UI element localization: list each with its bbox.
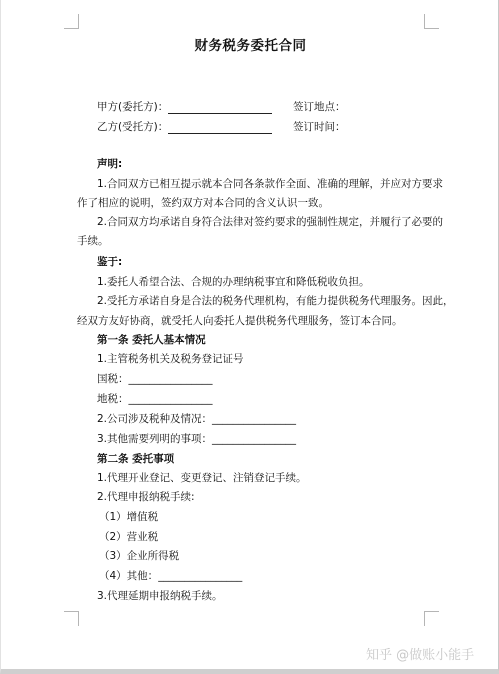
- margin-corner-mark: [424, 14, 439, 29]
- tax-types-row: 2.公司涉及税种及情况：________________: [97, 412, 296, 426]
- sign-place-label: 签订地点：: [293, 100, 346, 114]
- article-2-item-3: 3.代理延期申报纳税手续。: [97, 589, 223, 603]
- party-b-blank[interactable]: [168, 133, 272, 134]
- article-2-sub-3: （3）企业所得税: [99, 549, 179, 563]
- tax-types-label: 2.公司涉及税种及情况：: [97, 413, 212, 425]
- article-2-sub-1: （1）增值税: [99, 510, 158, 524]
- article-1-heading: 第一条 委托人基本情况: [97, 333, 206, 347]
- party-a-blank[interactable]: [168, 113, 272, 114]
- article-2-heading: 第二条 委托事项: [97, 452, 174, 466]
- other-tax-blank[interactable]: ________________: [158, 569, 242, 583]
- article-2-item-1: 1.代理开业登记、变更登记、注销登记手续。: [97, 471, 307, 485]
- whereas-item-1: 1.委托人希望合法、合规的办理纳税事宜和降低税收负担。: [97, 275, 370, 289]
- other-tax-label: （4）其他：: [99, 570, 158, 582]
- document-title: 财务税务委托合同: [1, 34, 499, 54]
- other-matters-label: 3.其他需要列明的事项：: [97, 433, 212, 445]
- local-tax-row: 地税：________________: [97, 392, 213, 406]
- national-tax-label: 国税：: [97, 373, 129, 385]
- article-2-sub-4-row: （4）其他：________________: [99, 569, 242, 583]
- national-tax-blank[interactable]: ________________: [129, 372, 213, 386]
- article-2-sub-2: （2）营业税: [99, 530, 158, 544]
- other-matters-row: 3.其他需要列明的事项：________________: [97, 432, 296, 446]
- national-tax-row: 国税：________________: [97, 372, 213, 386]
- margin-corner-mark: [424, 611, 439, 626]
- declaration-heading: 声明:: [97, 157, 122, 171]
- article-1-item-1: 1.主管税务机关及税务登记证号: [97, 352, 244, 366]
- watermark: 知乎 @做账小能手: [366, 644, 474, 663]
- party-b-label: 乙方(受托方)：: [97, 120, 168, 134]
- declaration-item-1-line-2: 作了相应的说明，签约双方对本合同的含义认识一致。: [77, 196, 329, 210]
- declaration-item-2-line-1: 2.合同双方均承诺自身符合法律对签约要求的强制性规定，并履行了必要的: [97, 215, 443, 229]
- sign-time-label: 签订时间：: [293, 120, 346, 134]
- local-tax-label: 地税：: [97, 393, 129, 405]
- tax-types-blank[interactable]: ________________: [212, 412, 296, 426]
- whereas-item-2-line-1: 2.受托方承诺自身是合法的税务代理机构，有能力提供税务代理服务。因此，: [97, 294, 454, 308]
- other-matters-blank[interactable]: ________________: [212, 432, 296, 446]
- declaration-item-1-line-1: 1.合同双方已相互提示就本合同各条款作全面、准确的理解，并应对方要求: [97, 177, 443, 191]
- article-2-item-2: 2.代理申报纳税手续:: [97, 490, 195, 504]
- declaration-item-2-line-2: 手续。: [77, 234, 109, 248]
- local-tax-blank[interactable]: ________________: [129, 392, 213, 406]
- party-a-label: 甲方(委托方)：: [97, 100, 168, 114]
- whereas-heading: 鉴于:: [97, 255, 122, 269]
- margin-corner-mark: [64, 14, 79, 29]
- margin-corner-mark: [64, 611, 79, 626]
- whereas-item-2-line-2: 经双方友好协商，就受托人向委托人提供税务代理服务，签订本合同。: [77, 314, 403, 328]
- document-page: 财务税务委托合同 甲方(委托方)： 签订地点： 乙方(受托方)： 签订时间： 声…: [0, 0, 499, 674]
